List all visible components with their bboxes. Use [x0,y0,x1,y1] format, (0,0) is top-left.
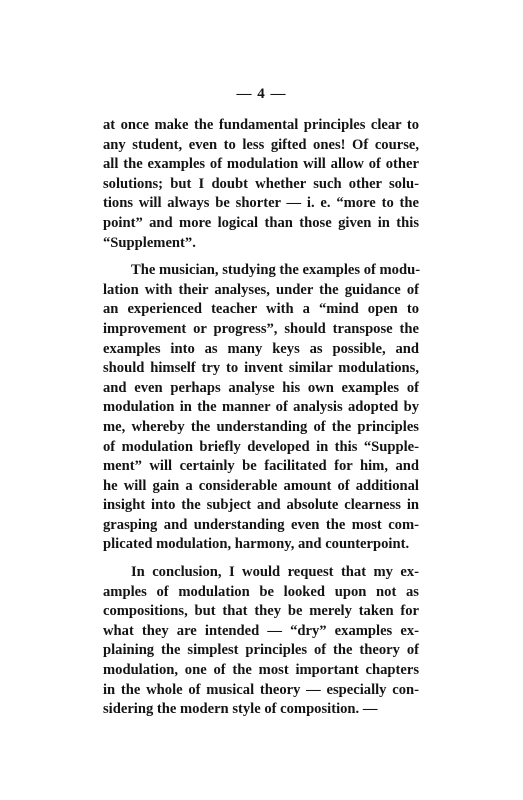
text-line: plicated modulation, harmony, and counte… [103,535,419,555]
text-line: modulation, one of the most important ch… [103,661,419,681]
text-line: insight into the subject and absolute cl… [103,496,419,516]
text-line: he will gain a considerable amount of ad… [103,477,419,497]
text-line: improvement or progress”, should transpo… [103,320,419,340]
text-line: ment” will certainly be facilitated for … [103,457,419,477]
paragraph-1: at once make the fundamental principles … [103,116,419,253]
text-line: compositions, but that they be merely ta… [103,602,419,622]
text-line: The musician, studying the examples of m… [103,261,419,281]
paragraph-3: In conclusion, I would request that my e… [103,563,419,720]
text-line: lation with their analyses, under the gu… [103,281,419,301]
text-line: point” and more logical than those given… [103,214,419,234]
text-line: amples of modulation be looked upon not … [103,583,419,603]
body-text: at once make the fundamental principles … [103,116,419,728]
page-number: — 4 — [0,86,523,103]
paragraph-2: The musician, studying the examples of m… [103,261,419,555]
text-line: sidering the modern style of composition… [103,700,419,720]
text-line: in the whole of musical theory — especia… [103,681,419,701]
text-line: In conclusion, I would request that my e… [103,563,419,583]
text-line: “Supplement”. [103,234,419,254]
text-line: all the examples of modulation will allo… [103,155,419,175]
text-line: of modulation briefly developed in this … [103,438,419,458]
text-line: solutions; but I doubt whether such othe… [103,175,419,195]
text-line: should himself try to invent similar mod… [103,359,419,379]
text-line: grasping and understanding even the most… [103,516,419,536]
text-line: and even perhaps analyse his own example… [103,379,419,399]
text-line: at once make the fundamental principles … [103,116,419,136]
text-line: me, whereby the understanding of the pri… [103,418,419,438]
text-line: tions will always be shorter — i. e. “mo… [103,194,419,214]
text-line: what they are intended — “dry” examples … [103,622,419,642]
text-line: modulation in the manner of analysis ado… [103,398,419,418]
text-line: plaining the simplest principles of the … [103,641,419,661]
text-line: any student, even to less gifted ones! O… [103,136,419,156]
text-line: an experienced teacher with a “mind open… [103,300,419,320]
text-line: examples into as many keys as possible, … [103,340,419,360]
